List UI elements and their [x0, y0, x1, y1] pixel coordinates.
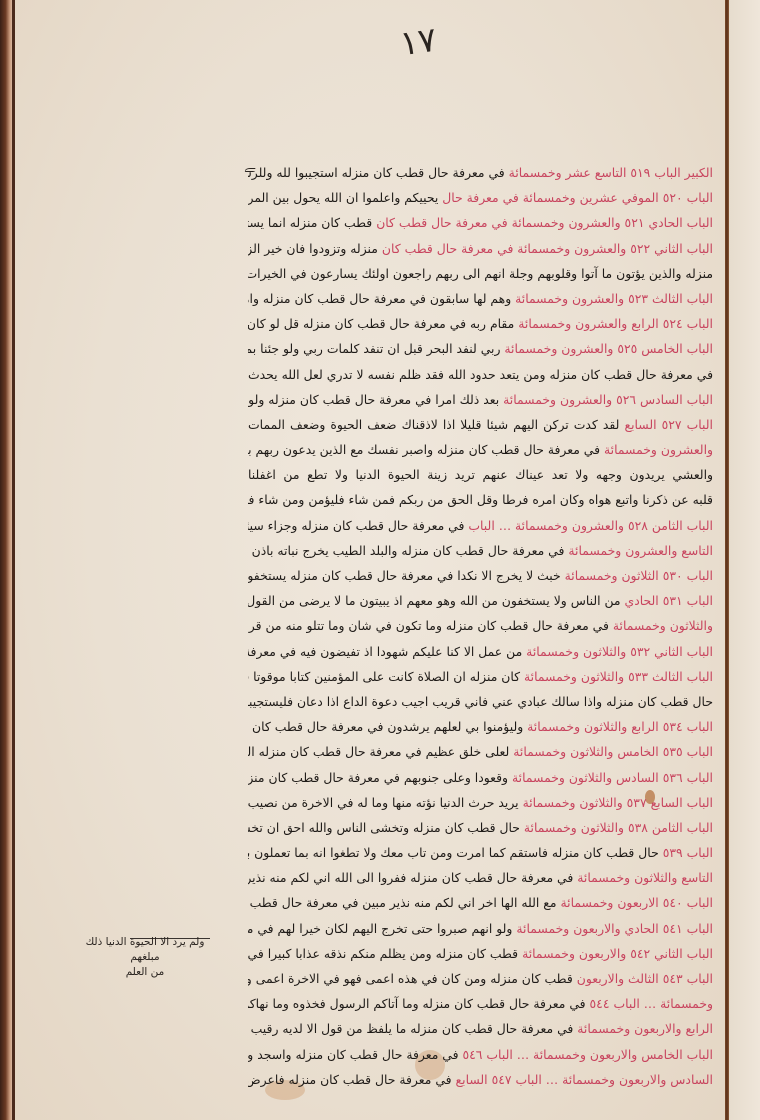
text-line: الباب الثاني ٥٤٢ والاربعون وخمسمائة قطب …	[248, 941, 713, 966]
body-text: في معرفة حال قطب كان منزله وما تكون في ش…	[248, 618, 609, 633]
body-text: ربي لنفد البحر قبل ان تنفد كلمات ربي ولو…	[248, 341, 500, 356]
rubric-chapter-heading: الباب الثاني ٥٤٢ والاربعون وخمسمائة	[522, 946, 713, 961]
rubric-chapter-heading: الباب ٥٤١ الحادي والاربعون وخمسمائة	[516, 921, 713, 936]
text-line: السادس والاربعون وخمسمائة … الباب ٥٤٧ ال…	[248, 1067, 713, 1092]
body-text: قطب كان منزله انما يستجيب الذين يسمعون	[248, 215, 372, 230]
next-page-edge	[729, 0, 760, 1120]
rubric-chapter-heading: الباب الثامن ٥٢٨ والعشرون وخمسمائة … الب…	[468, 518, 713, 533]
rubric-chapter-heading: الباب الحادي ٥٢١ والعشرون وخمسمائة في مع…	[376, 215, 713, 230]
text-line: في معرفة حال قطب كان منزله ومن يتعد حدود…	[248, 362, 713, 387]
rubric-chapter-heading: الباب ٥٤٣ الثالث والاربعون	[577, 971, 713, 986]
body-text: في معرفة حال قطب كان منزله ففروا الى الل…	[248, 870, 573, 885]
rubric-chapter-heading: السادس والاربعون وخمسمائة … الباب ٥٤٧ ال…	[456, 1072, 713, 1087]
text-line: الباب الثالث ٥٢٣ والعشرون وخمسمائة وهم ل…	[248, 286, 713, 311]
body-text: قطب كان منزله ومن يظلم منكم نذقه عذابا ك…	[248, 946, 518, 961]
body-text: منزله وتزودوا فان خير الزاد التقوى واتقو…	[248, 241, 378, 256]
body-text: في معرفة حال قطب كان منزله ما يلفظ من قو…	[248, 1021, 573, 1036]
body-text: يحييكم واعلموا ان الله يحول بين المرء وق…	[248, 190, 438, 205]
rubric-chapter-heading: الباب الثاني ٥٢٢ والعشرون وخمسمائة في مع…	[382, 241, 713, 256]
body-text: لعلى خلق عظيم في معرفة حال قطب كان منزله…	[248, 744, 509, 759]
text-line: الباب ٥٢٠ الموفي عشرين وخمسمائة في معرفة…	[248, 185, 713, 210]
rubric-chapter-heading: الباب ٥٣٤ الرابع والثلاثون وخمسمائة	[527, 719, 713, 734]
body-text: قلبه عن ذكرنا واتبع هواه وكان امره فرطا …	[248, 492, 713, 507]
body-text: في معرفة حال قطب كان منزله وما آتاكم الر…	[248, 996, 586, 1011]
text-line: الباب ٥٤١ الحادي والاربعون وخمسمائة ولو …	[248, 916, 713, 941]
body-text: وقعودا وعلى جنوبهم في معرفة حال قطب كان …	[248, 770, 508, 785]
rubric-chapter-heading: الباب الثامن ٥٣٨ والثلاثون وخمسمائة	[524, 820, 713, 835]
body-text: وهم لها سابقون في معرفة حال قطب كان منزل…	[248, 291, 511, 306]
body-text: لقد كدت تركن اليهم شيئا قليلا اذا لاذقنا…	[248, 417, 619, 432]
text-line: الباب ٥٣٤ الرابع والثلاثون وخمسمائة وليؤ…	[248, 714, 713, 739]
rubric-chapter-heading: والعشرون وخمسمائة	[604, 442, 713, 457]
text-line: الباب الثالث ٥٣٣ والثلاثون وخمسمائة كان …	[248, 664, 713, 689]
text-line: الباب ٥٣١ الحادي من الناس ولا يستخفون من…	[248, 588, 713, 613]
rubric-chapter-heading: وخمسمائة … الباب ٥٤٤	[590, 996, 713, 1011]
rubric-chapter-heading: الباب الثالث ٥٢٣ والعشرون وخمسمائة	[515, 291, 713, 306]
rubric-chapter-heading: الباب السادس ٥٢٦ والعشرون وخمسمائة	[503, 392, 713, 407]
rubric-chapter-heading: التاسع والثلاثون وخمسمائة	[577, 870, 713, 885]
rubric-chapter-heading: الباب الخامس ٥٢٥ والعشرون وخمسمائة	[504, 341, 713, 356]
rubric-chapter-heading: الباب ٥٢٤ الرابع والعشرون وخمسمائة	[518, 316, 713, 331]
rubric-chapter-heading: الباب الثاني ٥٣٢ والثلاثون وخمسمائة	[526, 644, 713, 659]
text-line: الباب الحادي ٥٢١ والعشرون وخمسمائة في مع…	[248, 210, 713, 235]
body-text: في معرفة حال قطب كان منزله واسجد واقترب	[248, 1047, 459, 1062]
body-text: خبث لا يخرج الا نكدا في معرفة حال قطب كا…	[248, 568, 561, 583]
rubric-chapter-heading: الباب ٥٣٥ الخامس والثلاثون وخمسمائة	[513, 744, 713, 759]
body-text: من الناس ولا يستخفون من الله وهو معهم اذ…	[248, 593, 621, 608]
body-text: كان منزله ان الصلاة كانت على المؤمنين كت…	[248, 669, 520, 684]
text-line: الباب ٥٣٠ الثلاثون وخمسمائة خبث لا يخرج …	[248, 563, 713, 588]
text-line: الباب الخامس ٥٢٥ والعشرون وخمسمائة ربي ل…	[248, 336, 713, 361]
rubric-chapter-heading: الباب ٥٣٩	[663, 845, 713, 860]
text-line: التاسع والعشرون وخمسمائة في معرفة حال قط…	[248, 538, 713, 563]
text-line: الرابع والاربعون وخمسمائة في معرفة حال ق…	[248, 1016, 713, 1041]
body-text: في معرفة حال قطب كان منزله واصبر نفسك مع…	[248, 442, 600, 457]
rubric-chapter-heading: الباب ٥٢٠ الموفي عشرين وخمسمائة في معرفة…	[442, 190, 713, 205]
rubric-chapter-heading: الكبير الباب ٥١٩ التاسع عشر وخمسمائة	[509, 165, 713, 180]
body-text: حال قطب كان منزله فاستقم كما امرت ومن تا…	[248, 845, 659, 860]
body-text: بعد ذلك امرا في معرفة حال قطب كان منزله …	[248, 392, 499, 407]
text-line: الباب ٥٢٧ السابع لقد كدت تركن اليهم شيئا…	[248, 412, 713, 437]
text-line: الباب الثاني ٥٣٢ والثلاثون وخمسمائة من ع…	[248, 639, 713, 664]
text-line: الباب الثامن ٥٢٨ والعشرون وخمسمائة … الب…	[248, 513, 713, 538]
rubric-chapter-heading: والثلاثون وخمسمائة	[613, 618, 713, 633]
body-text: يريد حرث الدنيا نؤته منها وما له في الاخ…	[248, 795, 519, 810]
margin-note: ولم يرد الا الحيوة الدنيا ذلك مبلغهم من …	[70, 935, 220, 980]
rubric-chapter-heading: الباب ٥٣٦ السادس والثلاثون وخمسمائة	[512, 770, 713, 785]
text-line: والثلاثون وخمسمائة في معرفة حال قطب كان …	[248, 613, 713, 638]
text-line: الباب السادس ٥٢٦ والعشرون وخمسمائة بعد ذ…	[248, 387, 713, 412]
body-text: في معرفة حال قطب كان منزله ومن يتعد حدود…	[248, 367, 713, 382]
main-text-block: الكبير الباب ٥١٩ التاسع عشر وخمسمائة في …	[248, 160, 713, 1092]
text-line: والعشرون وخمسمائة في معرفة حال قطب كان م…	[248, 437, 713, 462]
rubric-chapter-heading: الباب ٥٣٠ الثلاثون وخمسمائة	[565, 568, 713, 583]
body-text: من عمل الا كنا عليكم شهودا اذ تفيضون فيه…	[248, 644, 522, 659]
rubric-chapter-heading: الباب الثالث ٥٣٣ والثلاثون وخمسمائة	[524, 669, 713, 684]
body-text: في معرفة حال قطب كان منزله وجزاء سيئة سي…	[248, 518, 464, 533]
text-line: وخمسمائة … الباب ٥٤٤ في معرفة حال قطب كا…	[248, 991, 713, 1016]
rubric-chapter-heading: الباب الخامس والاربعون وخمسمائة … الباب …	[462, 1047, 713, 1062]
text-line: الباب ٥٤٠ الاربعون وخمسمائة مع الله الها…	[248, 890, 713, 915]
body-text: مقام ربه في معرفة حال قطب كان منزله قل ل…	[248, 316, 514, 331]
text-line: الباب ٥٢٤ الرابع والعشرون وخمسمائة مقام …	[248, 311, 713, 336]
body-text: منزله والذين يؤتون ما آتوا وقلوبهم وجلة …	[248, 266, 713, 281]
text-line: الباب ٥٣٩ حال قطب كان منزله فاستقم كما ا…	[248, 840, 713, 865]
text-line: الباب السابع ٥٣٧ والثلاثون وخمسمائة يريد…	[248, 790, 713, 815]
text-line: حال قطب كان منزله واذا سالك عبادي عني فا…	[248, 689, 713, 714]
rubric-chapter-heading: الرابع والاربعون وخمسمائة	[577, 1021, 713, 1036]
text-line: الباب الخامس والاربعون وخمسمائة … الباب …	[248, 1042, 713, 1067]
body-text: في معرفة حال قطب كان منزله استجيبوا لله …	[248, 165, 505, 180]
text-line: منزله والذين يؤتون ما آتوا وقلوبهم وجلة …	[248, 261, 713, 286]
body-text: في معرفة حال قطب كان منزله والبلد الطيب …	[248, 543, 564, 558]
text-line: الباب ٥٤٣ الثالث والاربعون قطب كان منزله…	[248, 966, 713, 991]
text-line: الباب ٥٣٥ الخامس والثلاثون وخمسمائة لعلى…	[248, 739, 713, 764]
body-text: قطب كان منزله ومن كان في هذه اعمى فهو في…	[248, 971, 573, 986]
rubric-chapter-heading: الباب ٥٢٧ السابع	[624, 417, 713, 432]
text-line: التاسع والثلاثون وخمسمائة في معرفة حال ق…	[248, 865, 713, 890]
text-line: الكبير الباب ٥١٩ التاسع عشر وخمسمائة في …	[248, 160, 713, 185]
margin-note-line: ولم يرد الا الحيوة الدنيا ذلك مبلغهم	[70, 935, 220, 965]
body-text: مع الله الها اخر اني لكم منه نذير مبين ف…	[248, 895, 557, 910]
body-text: والعشي يريدون وجهه ولا تعد عيناك عنهم تر…	[248, 467, 713, 482]
text-line: قلبه عن ذكرنا واتبع هواه وكان امره فرطا …	[248, 487, 713, 512]
rubric-chapter-heading: التاسع والعشرون وخمسمائة	[568, 543, 713, 558]
text-line: والعشي يريدون وجهه ولا تعد عيناك عنهم تر…	[248, 462, 713, 487]
body-text: في معرفة حال قطب كان منزله فاعرض عمن تول…	[248, 1072, 452, 1087]
margin-note-line: من العلم	[70, 965, 220, 980]
rubric-chapter-heading: الباب ٥٣١ الحادي	[625, 593, 713, 608]
text-line: الباب الثامن ٥٣٨ والثلاثون وخمسمائة حال …	[248, 815, 713, 840]
rubric-chapter-heading: الباب ٥٤٠ الاربعون وخمسمائة	[561, 895, 714, 910]
text-line: الباب الثاني ٥٢٢ والعشرون وخمسمائة في مع…	[248, 236, 713, 261]
body-text: حال قطب كان منزله وتخشى الناس والله احق …	[248, 820, 520, 835]
folio-number: ١٧	[397, 20, 439, 65]
body-text: وليؤمنوا بي لعلهم يرشدون في معرفة حال قط…	[248, 719, 523, 734]
body-text: حال قطب كان منزله واذا سالك عبادي عني فا…	[248, 694, 713, 709]
rubric-chapter-heading: الباب السابع ٥٣٧ والثلاثون وخمسمائة	[523, 795, 713, 810]
body-text: ولو انهم صبروا حتى تخرج اليهم لكان خيرا …	[248, 921, 512, 936]
text-line: الباب ٥٣٦ السادس والثلاثون وخمسمائة وقعو…	[248, 765, 713, 790]
